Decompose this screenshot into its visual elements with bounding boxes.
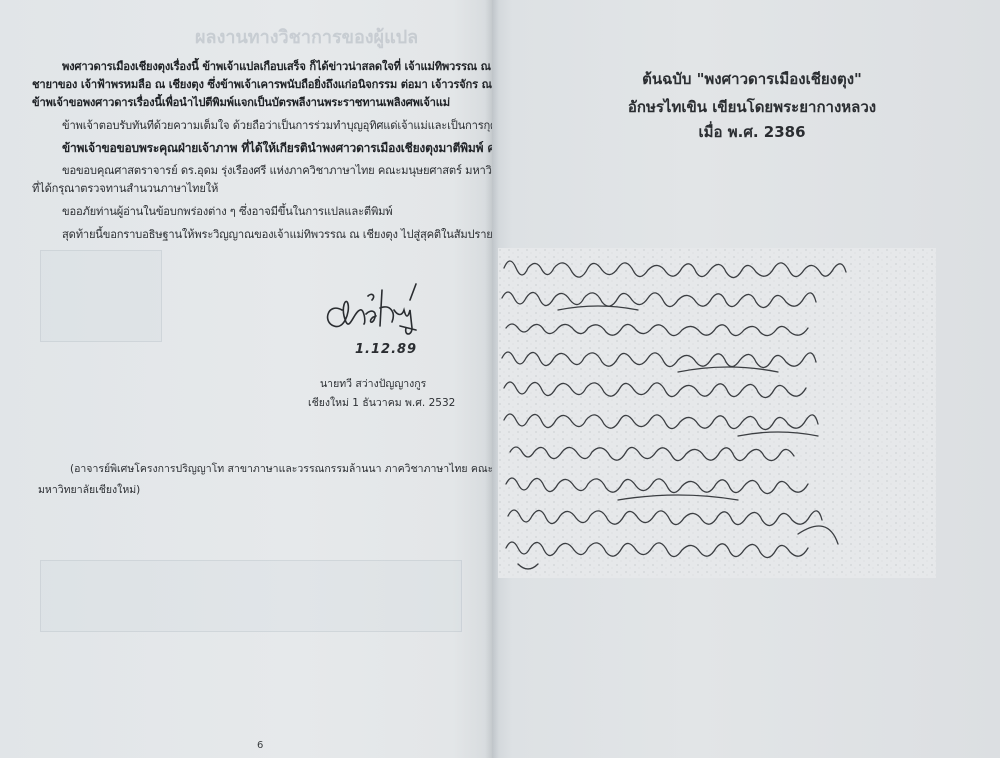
- book-gutter: [485, 0, 499, 758]
- signature-icon: [320, 282, 440, 342]
- manuscript-image: [498, 248, 936, 578]
- author-note-line-2: มหาวิทยาลัยเชียงใหม่): [38, 481, 140, 498]
- author-note-line-1: (อาจารย์พิเศษโครงการปริญญาโท สาขาภาษาและ…: [70, 460, 552, 477]
- bleed-through-heading: ผลงานทางวิชาการของผู้แปล: [195, 22, 418, 51]
- paragraph-6: สุดท้ายนี้ขอกราบอธิษฐานให้พระวิญญาณของเจ…: [62, 228, 553, 242]
- paragraph-1-line-1: พงศาวดารเมืองเชียงตุงเรื่องนี้ ข้าพเจ้าแ…: [62, 60, 529, 74]
- book-spread: ผลงานทางวิชาการของผู้แปล พงศาวดารเมืองเช…: [0, 0, 1000, 758]
- manuscript-title-line-2: อักษรไทเขิน เขียนโดยพระยากางหลวง: [602, 95, 902, 119]
- paragraph-5: ขออภัยท่านผู้อ่านในข้อบกพร่องต่าง ๆ ซึ่ง…: [62, 205, 392, 219]
- paragraph-2: ข้าพเจ้าตอบรับทันทีด้วยความเต็มใจ ด้วยถื…: [62, 119, 550, 133]
- paragraph-3: ข้าพเจ้าขอขอบพระคุณฝ่ายเจ้าภาพ ที่ได้ให้…: [62, 141, 515, 155]
- paragraph-1-line-3: ข้าพเจ้าขอพงศาวดารเรื่องนี้เพื่อนำไปตีพิ…: [32, 96, 450, 110]
- left-page: ผลงานทางวิชาการของผู้แปล พงศาวดารเมืองเช…: [0, 0, 492, 758]
- signer-place-date: เชียงใหม่ 1 ธันวาคม พ.ศ. 2532: [308, 394, 455, 411]
- manuscript-title-line-1: ต้นฉบับ "พงศาวดารเมืองเชียงตุง": [602, 67, 902, 91]
- bleed-through-photo: [40, 250, 162, 342]
- manuscript-title-line-3: เมื่อ พ.ศ. 2386: [602, 120, 902, 144]
- page-number-left: 6: [257, 740, 263, 751]
- bleed-through-block: [40, 560, 462, 632]
- signer-name: นายทวี สว่างปัญญางกูร: [320, 375, 426, 392]
- paragraph-4-line-2: ที่ได้กรุณาตรวจทานสำนวนภาษาไทยให้: [32, 182, 218, 196]
- signature-date: 1.12.89: [355, 342, 417, 357]
